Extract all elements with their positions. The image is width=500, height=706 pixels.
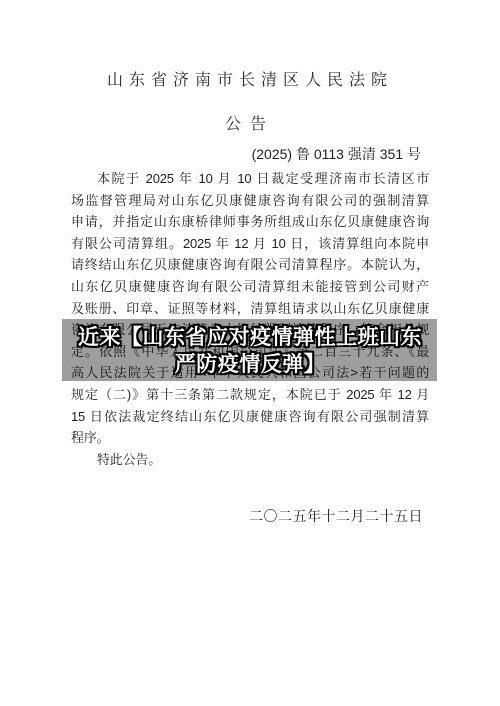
body-line: 有限公司清算组。2025 年 12 月 10 日，该清算组向本院申: [71, 233, 429, 255]
body-line: 及账册、印章、证照等材料，清算组请求以山东亿贝康健康: [71, 298, 429, 320]
case-number: (2025) 鲁 0113 强清 351 号: [252, 144, 421, 164]
overlay-headline-line2: 严防疫情反弹】: [40, 351, 460, 378]
body-line: 场监督管理局对山东亿贝康健康咨询有限公司的强制清算: [71, 190, 429, 212]
body-line: 山东亿贝康健康咨询有限公司清算组未能接管到公司财产: [71, 276, 429, 298]
notice-title: 公告: [0, 111, 500, 134]
body-line: 程序。: [71, 427, 429, 449]
body-line: 本院于 2025 年 10 月 10 日裁定受理济南市长清区市: [71, 168, 429, 190]
overlay-headline-line1: 近来【山东省应对疫情弹性上班山东: [40, 324, 460, 351]
closing-line: 特此公告。: [71, 449, 429, 471]
body-line: 规定（二)》第十三条第二款规定，本院已于 2025 年 12 月: [71, 384, 429, 406]
body-line: 请终结山东亿贝康健康咨询有限公司清算程序。本院认为，: [71, 254, 429, 276]
court-name: 山东省济南市长清区人民法院: [0, 67, 500, 90]
notice-date: 二〇二五年十二月二十五日: [249, 506, 423, 526]
overlay-headline: 近来【山东省应对疫情弹性上班山东 严防疫情反弹】: [40, 324, 460, 378]
body-line: 申请，并指定山东康桥律师事务所组成山东亿贝康健康咨询: [71, 211, 429, 233]
notice-document: 山东省济南市长清区人民法院 公告 (2025) 鲁 0113 强清 351 号 …: [0, 0, 500, 706]
body-line: 15 日依法裁定终结山东亿贝康健康咨询有限公司强制清算: [71, 406, 429, 428]
